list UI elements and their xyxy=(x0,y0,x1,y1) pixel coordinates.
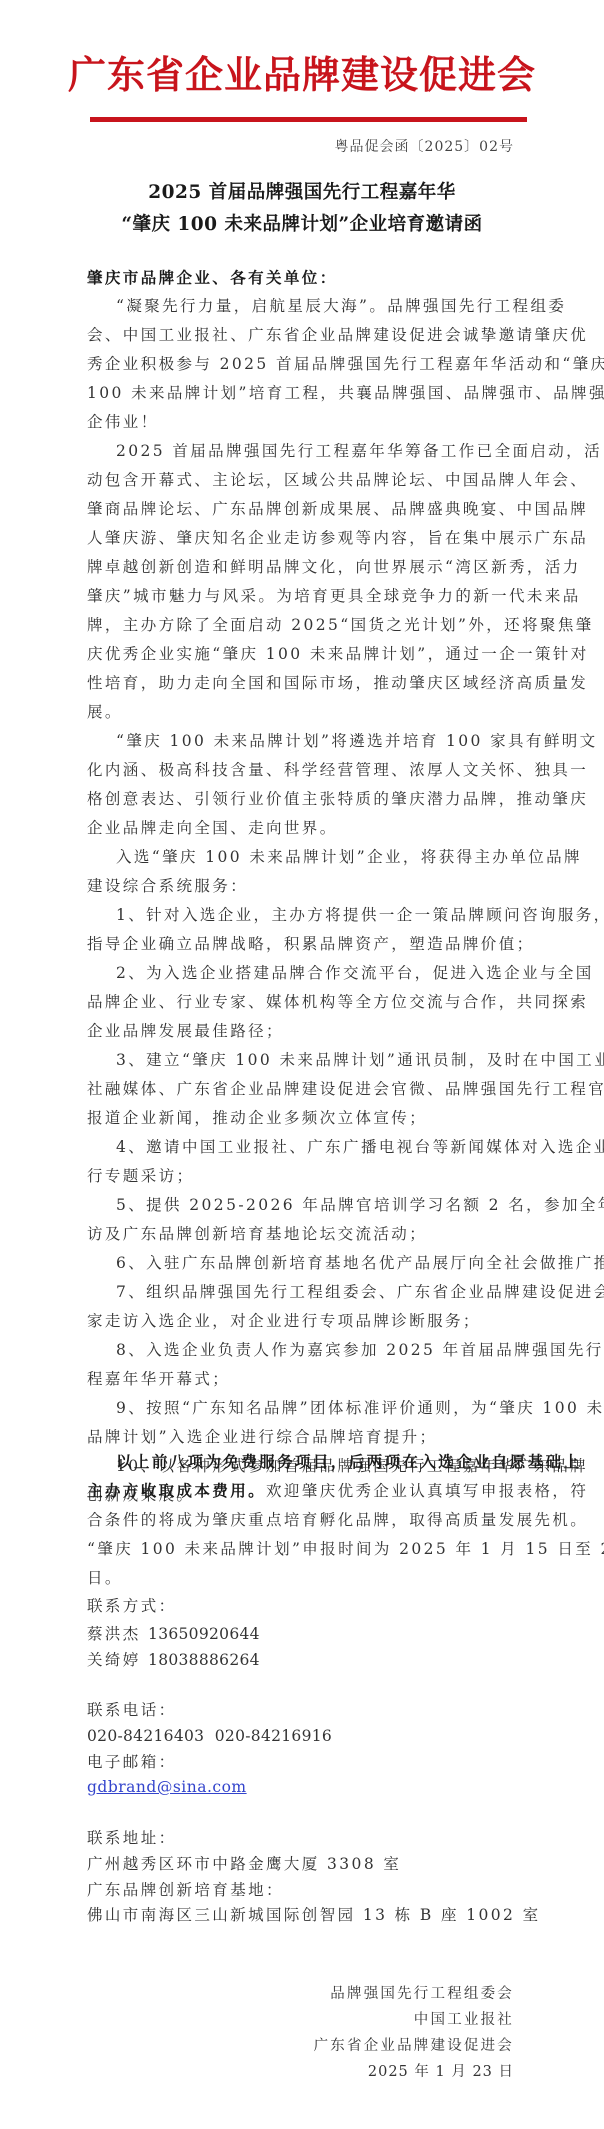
address-label: 联系地址： xyxy=(87,1828,177,1848)
body-line: 牌，主办方除了全面启动 2025“国货之光计划”外，还将聚焦肇 xyxy=(87,615,594,635)
fee-note-bold-2: 主办方收取成本费用。 xyxy=(87,1481,266,1500)
body-line: 肇庆”城市魅力与风采。为培育更具全球竞争力的新一代未来品 xyxy=(87,586,581,606)
fee-note-line-4: “肇庆 100 未来品牌计划”申报时间为 2025 年 1 月 15 日至 2 … xyxy=(87,1539,604,1559)
body-line: 2、为入选企业搭建品牌合作交流平台，促进入选企业与全国 xyxy=(116,963,594,983)
body-line: 5、提供 2025-2026 年品牌官培训学习名额 2 名，参加全年名企走 xyxy=(116,1195,604,1215)
salutation: 肇庆市品牌企业、各有关单位： xyxy=(87,268,338,288)
body-line: 动包含开幕式、主论坛，区域公共品牌论坛、中国品牌人年会、 xyxy=(87,470,588,490)
body-line: 企业品牌发展最佳路径； xyxy=(87,1021,284,1041)
body-line: 报道企业新闻，推动企业多频次立体宣传； xyxy=(87,1108,427,1128)
body-line: 庆优秀企业实施“肇庆 100 未来品牌计划”，通过一企一策针对 xyxy=(87,644,589,664)
fee-note-line-5: 日。 xyxy=(87,1568,123,1588)
body-line: 企业品牌走向全国、走向世界。 xyxy=(87,818,338,838)
signature-1: 品牌强国先行工程组委会 xyxy=(330,1982,514,2003)
fee-note-line-1: 以上前八项为免费服务项目，后两项在入选企业自愿基础上 xyxy=(116,1452,581,1472)
body-line: 访及广东品牌创新培育基地论坛交流活动； xyxy=(87,1224,427,1244)
contact-label: 联系方式： xyxy=(87,1596,177,1616)
body-line: 化内涵、极高科技含量、科学经营管理、浓厚人文关怀、独具一 xyxy=(87,760,588,780)
fee-note-rest: 欢迎肇庆优秀企业认真填写申报表格，符 xyxy=(266,1482,588,1500)
address-2: 佛山市南海区三山新城国际创智园 13 栋 B 座 1002 室 xyxy=(87,1905,541,1925)
body-line: 2025 首届品牌强国先行工程嘉年华筹备工作已全面启动，活 xyxy=(116,441,602,461)
body-line: 家走访入选企业，对企业进行专项品牌诊断服务； xyxy=(87,1311,481,1331)
body-line: 8、入选企业负责人作为嘉宾参加 2025 年首届品牌强国先行工 xyxy=(116,1340,604,1360)
body-line: 1、针对入选企业，主办方将提供一企一策品牌顾问咨询服务， xyxy=(116,905,604,925)
body-line: 品牌计划”入选企业进行综合品牌培育提升； xyxy=(87,1427,437,1447)
body-line: “肇庆 100 未来品牌计划”将遴选并培育 100 家具有鲜明文 xyxy=(116,731,598,751)
body-line: 6、入驻广东品牌创新培育基地名优产品展厅向全社会做推广推荐； xyxy=(116,1253,604,1273)
body-line: 肇商品牌论坛、广东品牌创新成果展、品牌盛典晚宴、中国品牌 xyxy=(87,499,588,519)
body-line: 企伟业！ xyxy=(87,412,159,432)
title-line-1: 2025 首届品牌强国先行工程嘉年华 xyxy=(0,178,604,204)
contact-name: 关绮婷 xyxy=(87,1651,141,1669)
base-label: 广东品牌创新培育基地： xyxy=(87,1880,284,1900)
body-line: 建设综合系统服务： xyxy=(87,876,248,896)
fee-note-line-2: 主办方收取成本费用。欢迎肇庆优秀企业认真填写申报表格，符 xyxy=(87,1481,588,1501)
body-line: 100 未来品牌计划”培育工程，共襄品牌强国、品牌强市、品牌强 xyxy=(87,383,604,403)
body-line: “凝聚先行力量，启航星辰大海”。品牌强国先行工程组委 xyxy=(116,296,566,316)
body-line: 入选“肇庆 100 未来品牌计划”企业，将获得主办单位品牌 xyxy=(116,847,582,867)
body-line: 7、组织品牌强国先行工程组委会、广东省企业品牌建设促进会专 xyxy=(116,1282,604,1302)
body-line: 9、按照“广东知名品牌”团体标准评价通则，为“肇庆 100 未来 xyxy=(116,1398,604,1418)
body-line: 展。 xyxy=(87,702,123,722)
contact-person-1: 蔡洪杰 13650920644 xyxy=(87,1624,260,1644)
body-line: 格创意表达、引领行业价值主张特质的肇庆潜力品牌，推动肇庆 xyxy=(87,789,588,809)
body-line: 4、邀请中国工业报社、广东广播电视台等新闻媒体对入选企业进 xyxy=(116,1137,604,1157)
body-line: 会、中国工业报社、广东省企业品牌建设促进会诚挚邀请肇庆优 xyxy=(87,325,588,345)
email-link[interactable]: gdbrand@sina.com xyxy=(87,1777,247,1797)
body-line: 3、建立“肇庆 100 未来品牌计划”通讯员制，及时在中国工业报 xyxy=(116,1050,604,1070)
contact-name: 蔡洪杰 xyxy=(87,1625,141,1643)
body-line: 秀企业积极参与 2025 首届品牌强国先行工程嘉年华活动和“肇庆 xyxy=(87,354,604,374)
document-number: 粤品促会函〔2025〕02号 xyxy=(335,136,514,156)
body-line: 牌卓越创新创造和鲜明品牌文化，向世界展示“湾区新秀，活力 xyxy=(87,557,581,577)
body-line: 行专题采访； xyxy=(87,1166,194,1186)
letter-date: 2025 年 1 月 23 日 xyxy=(368,2060,514,2081)
body-line: 社融媒体、广东省企业品牌建设促进会官微、品牌强国先行工程官网 xyxy=(87,1079,604,1099)
body-line: 指导企业确立品牌战略，积累品牌资产，塑造品牌价值； xyxy=(87,934,535,954)
organization-masthead: 广东省企业品牌建设促进会 xyxy=(0,50,604,100)
fee-note-bold: 以上前八项为免费服务项目，后两项在入选企业自愿基础上 xyxy=(116,1452,581,1471)
signature-3: 广东省企业品牌建设促进会 xyxy=(314,2034,514,2055)
body-line: 品牌企业、行业专家、媒体机构等全方位交流与合作，共同探索 xyxy=(87,992,588,1012)
contact-person-2: 关绮婷 18038886264 xyxy=(87,1650,260,1670)
title-line-2: “肇庆 100 未来品牌计划”企业培育邀请函 xyxy=(0,210,604,236)
contact-phone: 18038886264 xyxy=(148,1651,260,1669)
body-line: 性培育，助力走向全国和国际市场，推动肇庆区域经济高质量发 xyxy=(87,673,588,693)
fee-note-line-3: 合条件的将成为肇庆重点培育孵化品牌，取得高质量发展先机。 xyxy=(87,1510,588,1530)
phone-numbers: 020-84216403 020-84216916 xyxy=(87,1726,332,1746)
phone-label: 联系电话： xyxy=(87,1700,177,1720)
signature-2: 中国工业报社 xyxy=(414,2008,514,2029)
email-label: 电子邮箱： xyxy=(87,1752,177,1772)
contact-phone: 13650920644 xyxy=(148,1625,260,1643)
body-line: 程嘉年华开幕式； xyxy=(87,1369,230,1389)
red-divider-rule xyxy=(90,117,527,122)
body-line: 人肇庆游、肇庆知名企业走访参观等内容，旨在集中展示广东品 xyxy=(87,528,588,548)
address-1: 广州越秀区环市中路金鹰大厦 3308 室 xyxy=(87,1854,401,1874)
